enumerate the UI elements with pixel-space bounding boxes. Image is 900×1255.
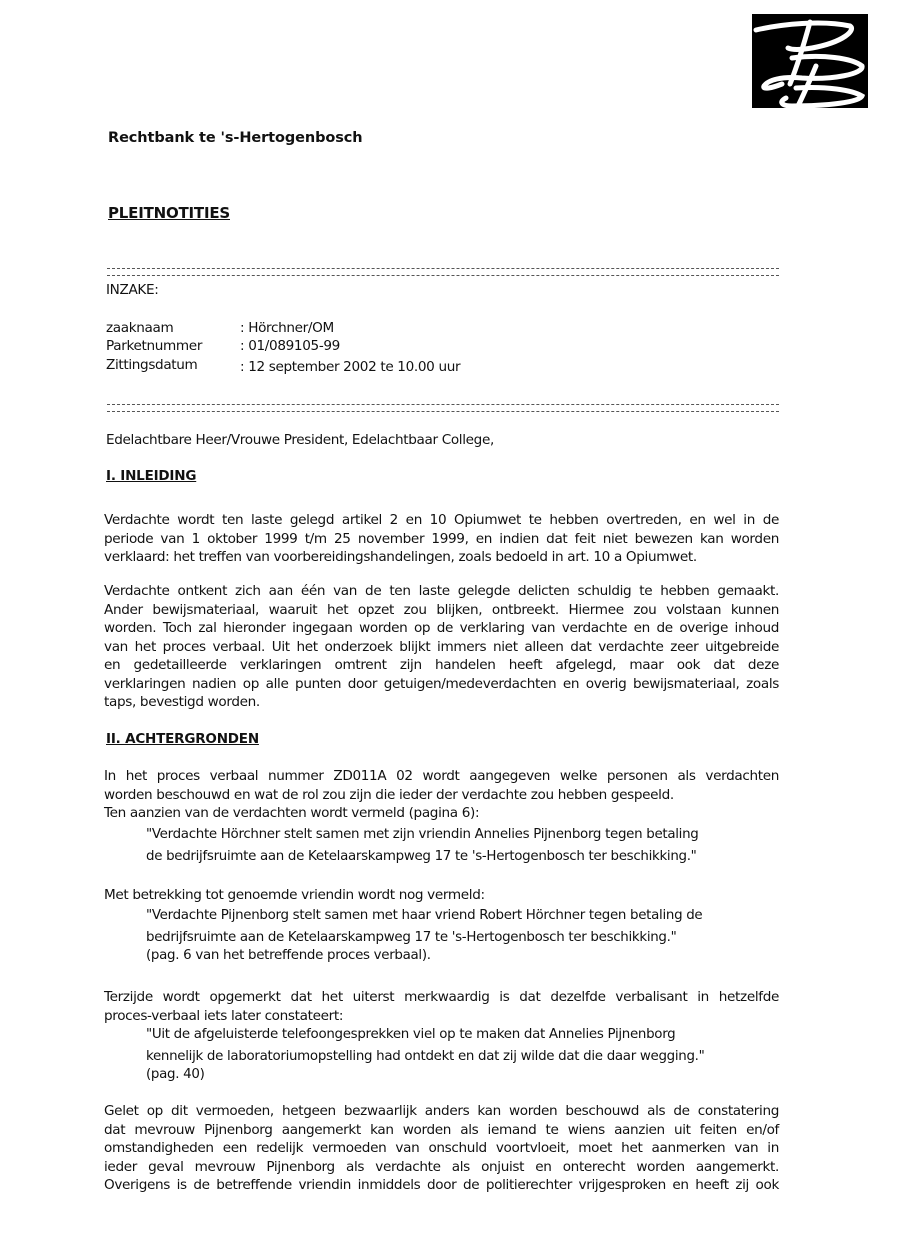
quote-block: "Uit de afgeluisterde telefoongesprekken…: [146, 1026, 776, 1085]
text-line: Verdachte ontkent zich aan één van de te…: [104, 582, 779, 601]
salutation: Edelachtbare Heer/Vrouwe President, Edel…: [106, 431, 494, 450]
case-field-value: : Hörchner/OM: [240, 319, 334, 338]
pb-monogram-icon: [752, 14, 868, 108]
text-line: proces-verbaal iets later constateert:: [104, 1007, 779, 1026]
quote-line: (pag. 6 van het betreffende proces verba…: [146, 947, 776, 966]
section-heading: I. INLEIDING: [106, 468, 196, 484]
section-heading: II. ACHTERGRONDEN: [106, 731, 259, 747]
paragraph: Terzijde wordt opgemerkt dat het uiterst…: [104, 988, 779, 1025]
text-line: ieder geval mevrouw Pijnenborg als verda…: [104, 1158, 779, 1177]
text-line: verklaringen nadien op alle punten door …: [104, 675, 779, 694]
text-line: dat mevrouw Pijnenborg aangemerkt kan wo…: [104, 1121, 779, 1140]
text-line: Ander bewijsmateriaal, waaruit het opzet…: [104, 601, 779, 620]
quote-line: "Uit de afgeluisterde telefoongesprekken…: [146, 1026, 776, 1045]
text-line: Terzijde wordt opgemerkt dat het uiterst…: [104, 988, 779, 1007]
quote-line: "Verdachte Hörchner stelt samen met zijn…: [146, 826, 776, 845]
separator-line: [107, 268, 779, 276]
text-line: omstandigheden een redelijk vermoeden va…: [104, 1139, 779, 1158]
text-line: Overigens is de betreffende vriendin inm…: [104, 1176, 779, 1195]
paragraph: Gelet op dit vermoeden, hetgeen bezwaarl…: [104, 1102, 779, 1195]
text-line: worden. Toch zal hieronder ingegaan word…: [104, 619, 779, 638]
inzake-label: INZAKE:: [106, 281, 158, 300]
text-line: In het proces verbaal nummer ZD011A 02 w…: [104, 767, 779, 786]
paragraph: Verdachte wordt ten laste gelegd artikel…: [104, 511, 779, 567]
text-line: Ten aanzien van de verdachten wordt verm…: [104, 804, 779, 823]
case-field-label: zaaknaam: [106, 319, 173, 338]
text-line: Gelet op dit vermoeden, hetgeen bezwaarl…: [104, 1102, 779, 1121]
quote-line: "Verdachte Pijnenborg stelt samen met ha…: [146, 907, 776, 926]
case-field-label: Zittingsdatum: [106, 356, 197, 375]
document-title: PLEITNOTITIES: [108, 204, 230, 222]
text-line: Verdachte wordt ten laste gelegd artikel…: [104, 511, 779, 530]
text-line: van het proces verbaal. Uit het onderzoe…: [104, 638, 779, 657]
text-line: en gedetailleerde verklaringen omtrent z…: [104, 656, 779, 675]
court-name: Rechtbank te 's-Hertogenbosch: [108, 130, 362, 146]
text-line: taps, bevestigd worden.: [104, 693, 779, 712]
quote-block: "Verdachte Hörchner stelt samen met zijn…: [146, 826, 776, 866]
text-line: worden beschouwd en wat de rol zou zijn …: [104, 786, 779, 805]
quote-line: de bedrijfsruimte aan de Ketelaarskampwe…: [146, 848, 776, 867]
paragraph: Verdachte ontkent zich aan één van de te…: [104, 582, 779, 712]
quote-line: (pag. 40): [146, 1066, 776, 1085]
separator-line: [107, 404, 779, 412]
paragraph: In het proces verbaal nummer ZD011A 02 w…: [104, 767, 779, 823]
quote-line: bedrijfsruimte aan de Ketelaarskampweg 1…: [146, 929, 776, 948]
case-field-label: Parketnummer: [106, 337, 202, 356]
case-field-value: : 12 september 2002 te 10.00 uur: [240, 358, 460, 377]
quote-line: kennelijk de laboratoriumopstelling had …: [146, 1048, 776, 1067]
text-line: periode van 1 oktober 1999 t/m 25 novemb…: [104, 530, 779, 549]
paragraph: Met betrekking tot genoemde vriendin wor…: [104, 886, 485, 905]
quote-block: "Verdachte Pijnenborg stelt samen met ha…: [146, 907, 776, 966]
pb-monogram-logo: [752, 14, 868, 108]
case-field-value: : 01/089105-99: [240, 337, 340, 356]
text-line: verklaard: het treffen van voorbereiding…: [104, 548, 779, 567]
